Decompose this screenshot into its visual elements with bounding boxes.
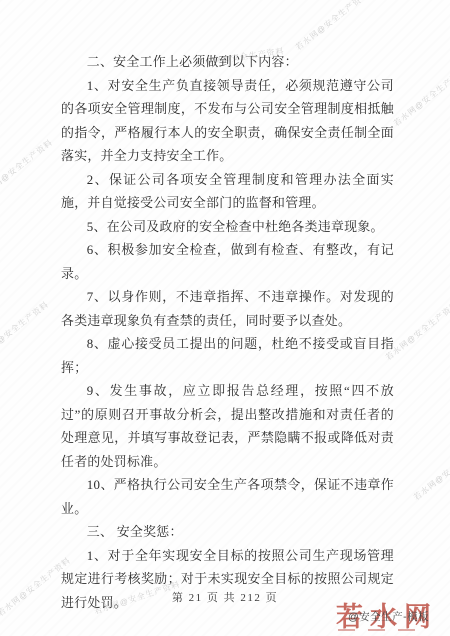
logo-underline-decoration xyxy=(338,629,415,631)
paragraph: 7、以身作则，不违章指挥、不违章操作。对发现的各类违章现象负有查禁的责任，同时要… xyxy=(61,286,394,333)
paragraph: 9、发生事故，应立即报告总经理，按照“四不放过”的原则召开事故分析会，提出整改措… xyxy=(61,380,394,474)
paragraph: 1、对安全生产负直接领导责任，必须规范遵守公司的各项安全管理制度，不发布与公司安… xyxy=(61,75,394,169)
site-logo: 若水网 @安全生产-模板 xyxy=(336,595,450,635)
diagonal-watermark: 若水网@安全生产资料 xyxy=(0,137,55,201)
diagonal-watermark: 若水网@安全生产资料 xyxy=(411,439,450,503)
watermark-handle: @安全生产-模板 xyxy=(348,609,429,624)
paragraph: 8、虚心接受员工提出的问题，杜绝不接受或盲目指挥； xyxy=(61,333,394,380)
paragraph: 6、积极参加安全检查，做到有检查、有整改，有记录。 xyxy=(61,239,394,286)
diagonal-watermark: 若水网@安全生产资料 xyxy=(391,65,450,129)
document-body: 二、安全工作上必须做到以下内容：1、对安全生产负直接领导责任，必须规范遵守公司的… xyxy=(61,51,394,615)
paragraph: 2、保证公司各项安全管理制度和管理办法全面实施，并自觉接受公司安全部门的监督和管… xyxy=(61,169,394,216)
paragraph: 5、在公司及政府的安全检查中杜绝各类违章现象。 xyxy=(61,216,394,240)
diagonal-watermark: 若水网@安全生产资料 xyxy=(0,299,51,363)
document-page: 若水网@安全生产资料 若水网@安全生产资料 若水网@安全生产资料 若水网@安全生… xyxy=(0,0,450,636)
diagonal-watermark: 若水网@安全生产资料 xyxy=(293,0,371,53)
paragraph: 二、安全工作上必须做到以下内容： xyxy=(61,51,394,75)
paragraph: 三、 安全奖惩： xyxy=(61,521,394,545)
paragraph: 10、严格执行公司安全生产各项禁令，保证不违章作业。 xyxy=(61,474,394,521)
